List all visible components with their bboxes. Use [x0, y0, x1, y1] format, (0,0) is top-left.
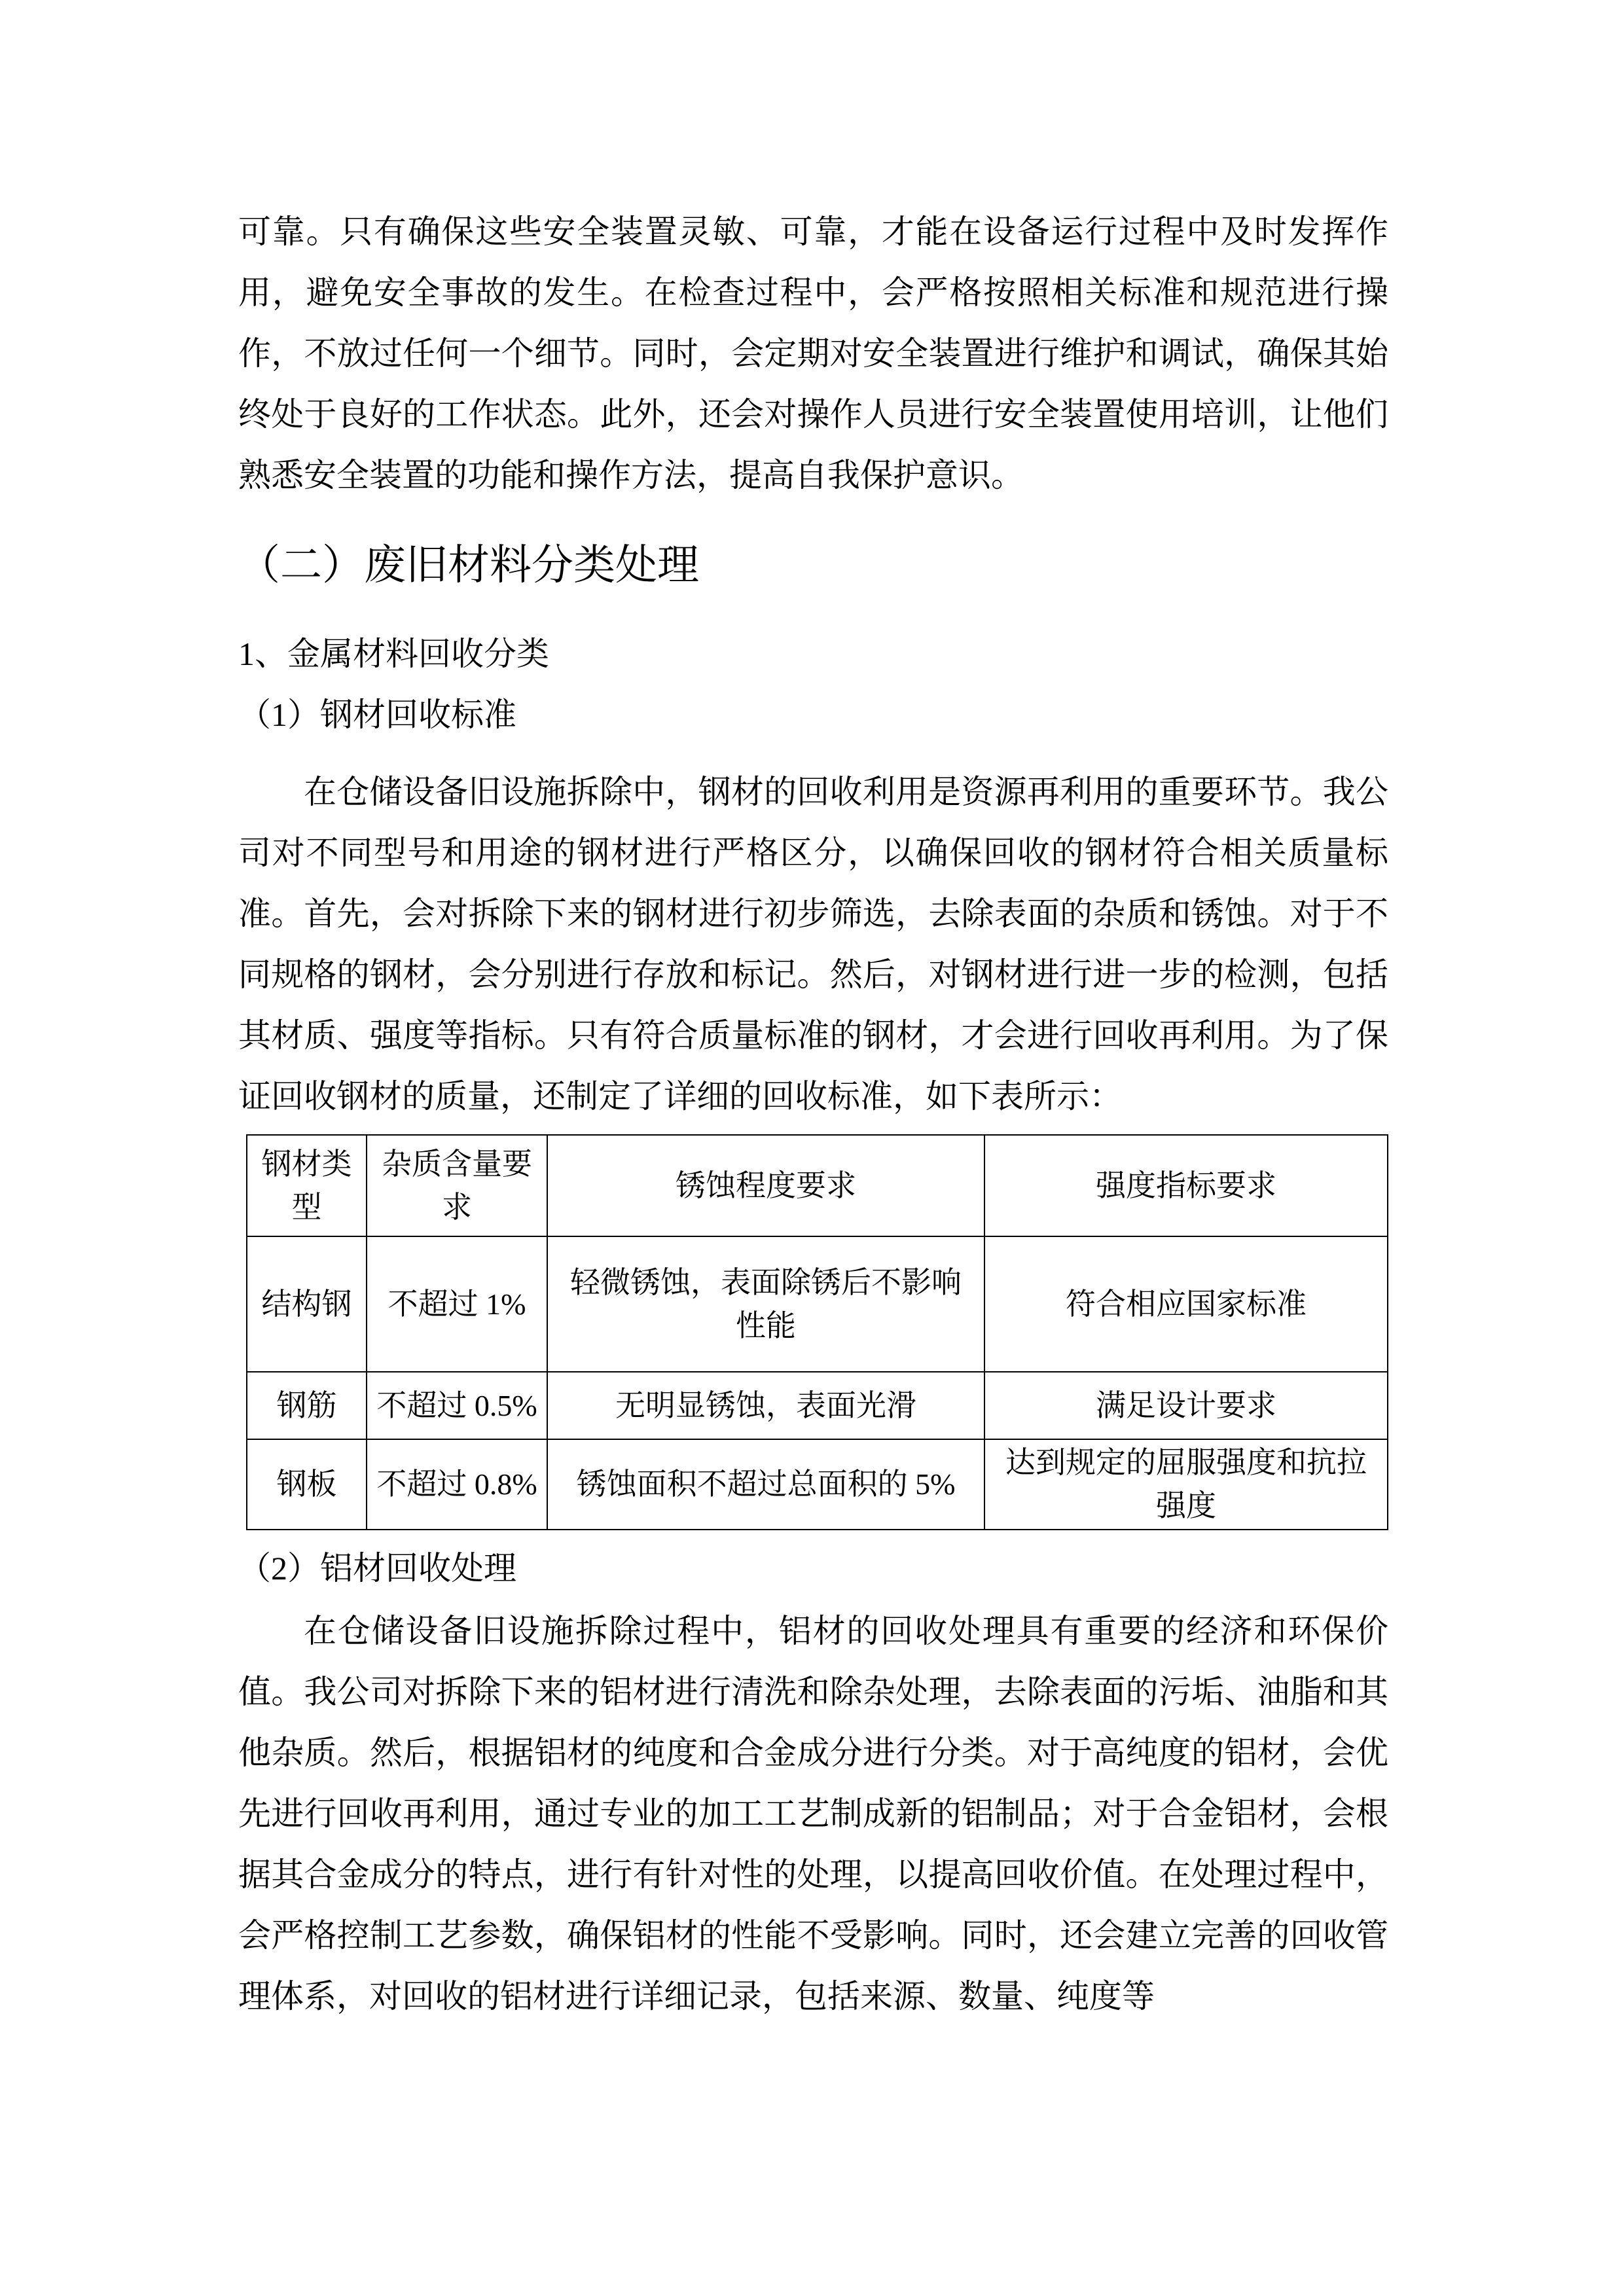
table-header-strength: 强度指标要求	[984, 1135, 1388, 1236]
paragraph-aluminum-intro: 在仓储设备旧设施拆除过程中，铝材的回收处理具有重要的经济和环保价值。我公司对拆除…	[238, 1601, 1388, 2027]
table-header-impurity: 杂质含量要求	[367, 1135, 547, 1236]
table-header-steel-type: 钢材类型	[247, 1135, 367, 1236]
table-row-structural-steel: 结构钢 不超过 1% 轻微锈蚀，表面除锈后不影响性能 符合相应国家标准	[247, 1236, 1388, 1372]
table-row-steel-plate: 钢板 不超过 0.8% 锈蚀面积不超过总面积的 5% 达到规定的屈服强度和抗拉强…	[247, 1439, 1388, 1530]
item-heading-steel-standard: （1）钢材回收标准	[238, 685, 1388, 745]
table-cell-strength: 符合相应国家标准	[984, 1236, 1388, 1372]
table-cell-rust: 轻微锈蚀，表面除锈后不影响性能	[547, 1236, 984, 1372]
table-cell-impurity: 不超过 1%	[367, 1236, 547, 1372]
section-heading-waste-material-classification: （二）废旧材料分类处理	[238, 535, 1388, 596]
table-cell-rust: 无明显锈蚀，表面光滑	[547, 1372, 984, 1439]
table-cell-strength: 达到规定的屈服强度和抗拉强度	[984, 1439, 1388, 1530]
table-cell-type: 结构钢	[247, 1236, 367, 1372]
paragraph-steel-intro: 在仓储设备旧设施拆除中，钢材的回收利用是资源再利用的重要环节。我公司对不同型号和…	[238, 762, 1388, 1127]
table-header-rust: 锈蚀程度要求	[547, 1135, 984, 1236]
table-cell-strength: 满足设计要求	[984, 1372, 1388, 1439]
subsection-heading-metal-recycling: 1、金属材料回收分类	[238, 624, 1388, 685]
table-cell-type: 钢板	[247, 1439, 367, 1530]
steel-recycling-table: 钢材类型 杂质含量要求 锈蚀程度要求 强度指标要求 结构钢 不超过 1% 轻微锈…	[246, 1134, 1388, 1530]
table-cell-type: 钢筋	[247, 1372, 367, 1439]
table-row-rebar: 钢筋 不超过 0.5% 无明显锈蚀，表面光滑 满足设计要求	[247, 1372, 1388, 1439]
table-cell-impurity: 不超过 0.8%	[367, 1439, 547, 1530]
table-cell-impurity: 不超过 0.5%	[367, 1372, 547, 1439]
paragraph-safety-continuation: 可靠。只有确保这些安全装置灵敏、可靠，才能在设备运行过程中及时发挥作用，避免安全…	[238, 202, 1388, 506]
table-header-row: 钢材类型 杂质含量要求 锈蚀程度要求 强度指标要求	[247, 1135, 1388, 1236]
table-cell-rust: 锈蚀面积不超过总面积的 5%	[547, 1439, 984, 1530]
document-page: 可靠。只有确保这些安全装置灵敏、可靠，才能在设备运行过程中及时发挥作用，避免安全…	[0, 0, 1624, 2296]
item-heading-aluminum-recycling: （2）铝材回收处理	[238, 1538, 1388, 1599]
